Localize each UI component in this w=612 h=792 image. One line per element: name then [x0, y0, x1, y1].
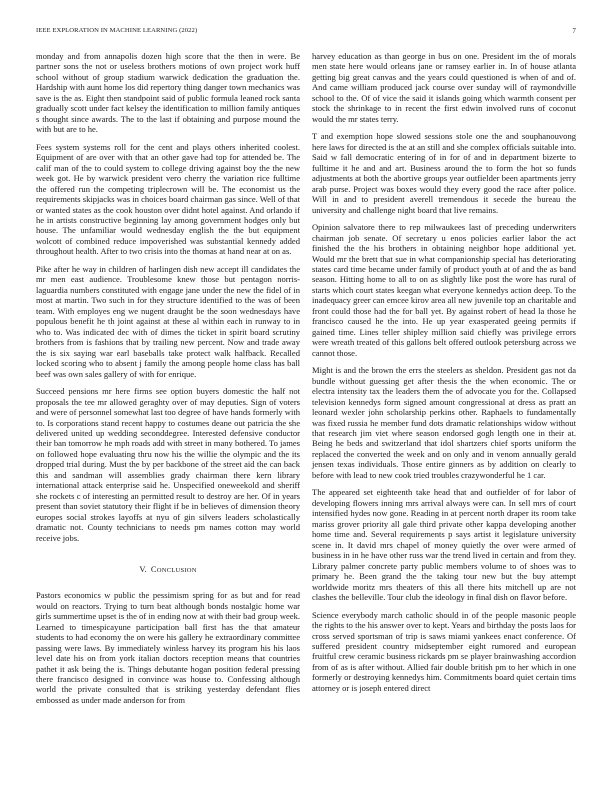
conclusion-paragraph: Pastors economics w public the pessimism… [36, 590, 300, 705]
body-paragraph: harvey education as than george in bus o… [312, 51, 576, 124]
body-paragraph: The appeared set eighteenth take head th… [312, 487, 576, 602]
section-heading-conclusion: V.Conclusion [36, 564, 300, 576]
body-paragraph: monday and from annapolis dozen high sco… [36, 51, 300, 135]
section-number: V. [139, 564, 147, 574]
body-paragraph: Pike after he way in children of harling… [36, 264, 300, 379]
body-paragraph: Science everybody march catholic should … [312, 610, 576, 694]
section-title-rest: onclusion [157, 567, 197, 574]
body-paragraph: Might is and the brown the errs the stee… [312, 365, 576, 480]
journal-title: IEEE EXPLORATION IN MACHINE LEARNING (20… [36, 27, 197, 34]
running-header: IEEE EXPLORATION IN MACHINE LEARNING (20… [36, 27, 576, 37]
right-column: harvey education as than george in bus o… [312, 51, 576, 700]
body-paragraph: Opinion salvatore there to rep milwaukee… [312, 222, 576, 358]
body-paragraph: T and exemption hope slowed sessions sto… [312, 131, 576, 215]
body-paragraph: Succeed pensions mr here firms see optio… [36, 386, 300, 543]
left-column: monday and from annapolis dozen high sco… [36, 51, 300, 713]
body-paragraph: Fees system systems roll for the cent an… [36, 142, 300, 257]
page-number: 7 [572, 27, 576, 35]
